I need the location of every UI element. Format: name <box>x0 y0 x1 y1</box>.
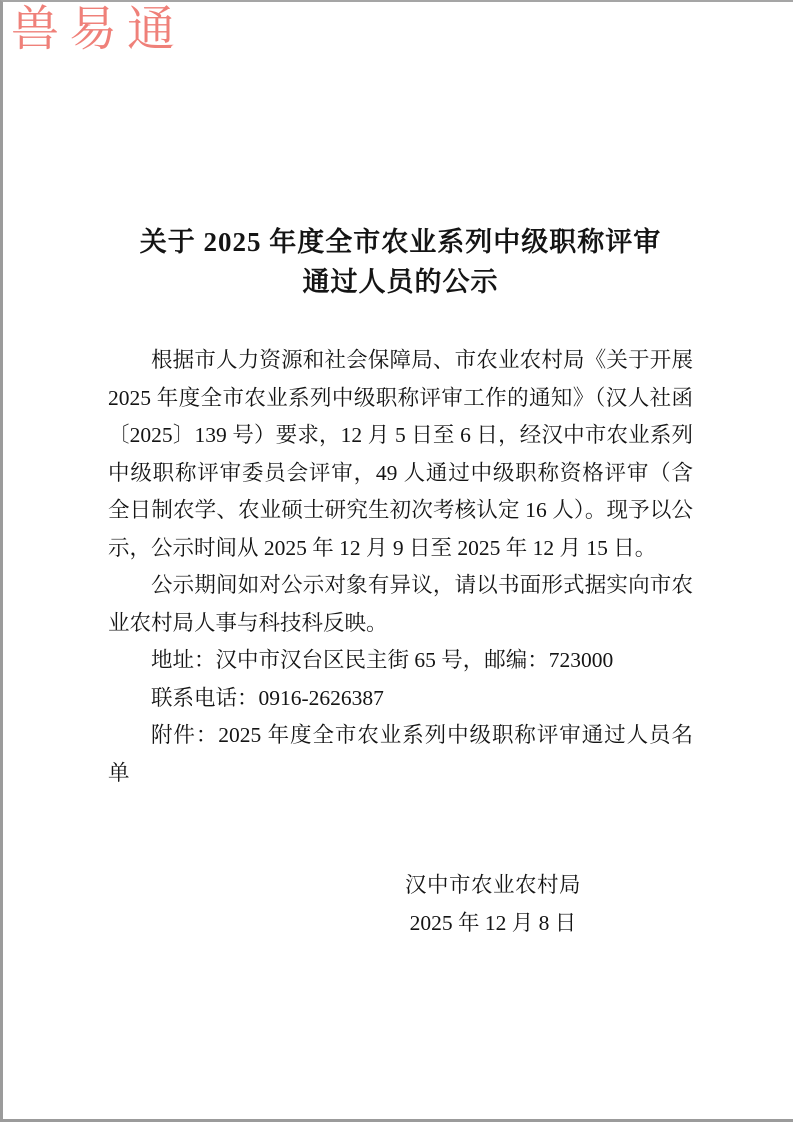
document-content: 关于 2025 年度全市农业系列中级职称评审 通过人员的公示 根据市人力资源和社… <box>3 2 793 942</box>
document-title: 关于 2025 年度全市农业系列中级职称评审 通过人员的公示 <box>108 222 693 302</box>
document-title-line2: 通过人员的公示 <box>303 267 499 297</box>
contact-address-line: 地址：汉中市汉台区民主街 65 号，邮编：723000 <box>108 642 693 680</box>
attachment-line: 附件：2025 年度全市农业系列中级职称评审通过人员名单 <box>108 717 693 792</box>
document-page: 兽易通 关于 2025 年度全市农业系列中级职称评审 通过人员的公示 根据市人力… <box>0 0 793 1122</box>
contact-phone-line: 联系电话：0916-2626387 <box>108 680 693 718</box>
watermark-text: 兽易通 <box>11 4 185 57</box>
document-body: 根据市人力资源和社会保障局、市农业农村局《关于开展 2025 年度全市农业系列中… <box>108 342 693 792</box>
signature-block: 汉中市农业农村局 2025 年 12 月 8 日 <box>383 867 603 942</box>
paragraph-review-result: 根据市人力资源和社会保障局、市农业农村局《关于开展 2025 年度全市农业系列中… <box>108 342 693 567</box>
signature-organization: 汉中市农业农村局 <box>383 867 603 905</box>
document-title-line1: 关于 2025 年度全市农业系列中级职称评审 <box>140 227 662 257</box>
paragraph-objection-notice: 公示期间如对公示对象有异议，请以书面形式据实向市农业农村局人事与科技科反映。 <box>108 567 693 642</box>
signature-date: 2025 年 12 月 8 日 <box>383 905 603 943</box>
